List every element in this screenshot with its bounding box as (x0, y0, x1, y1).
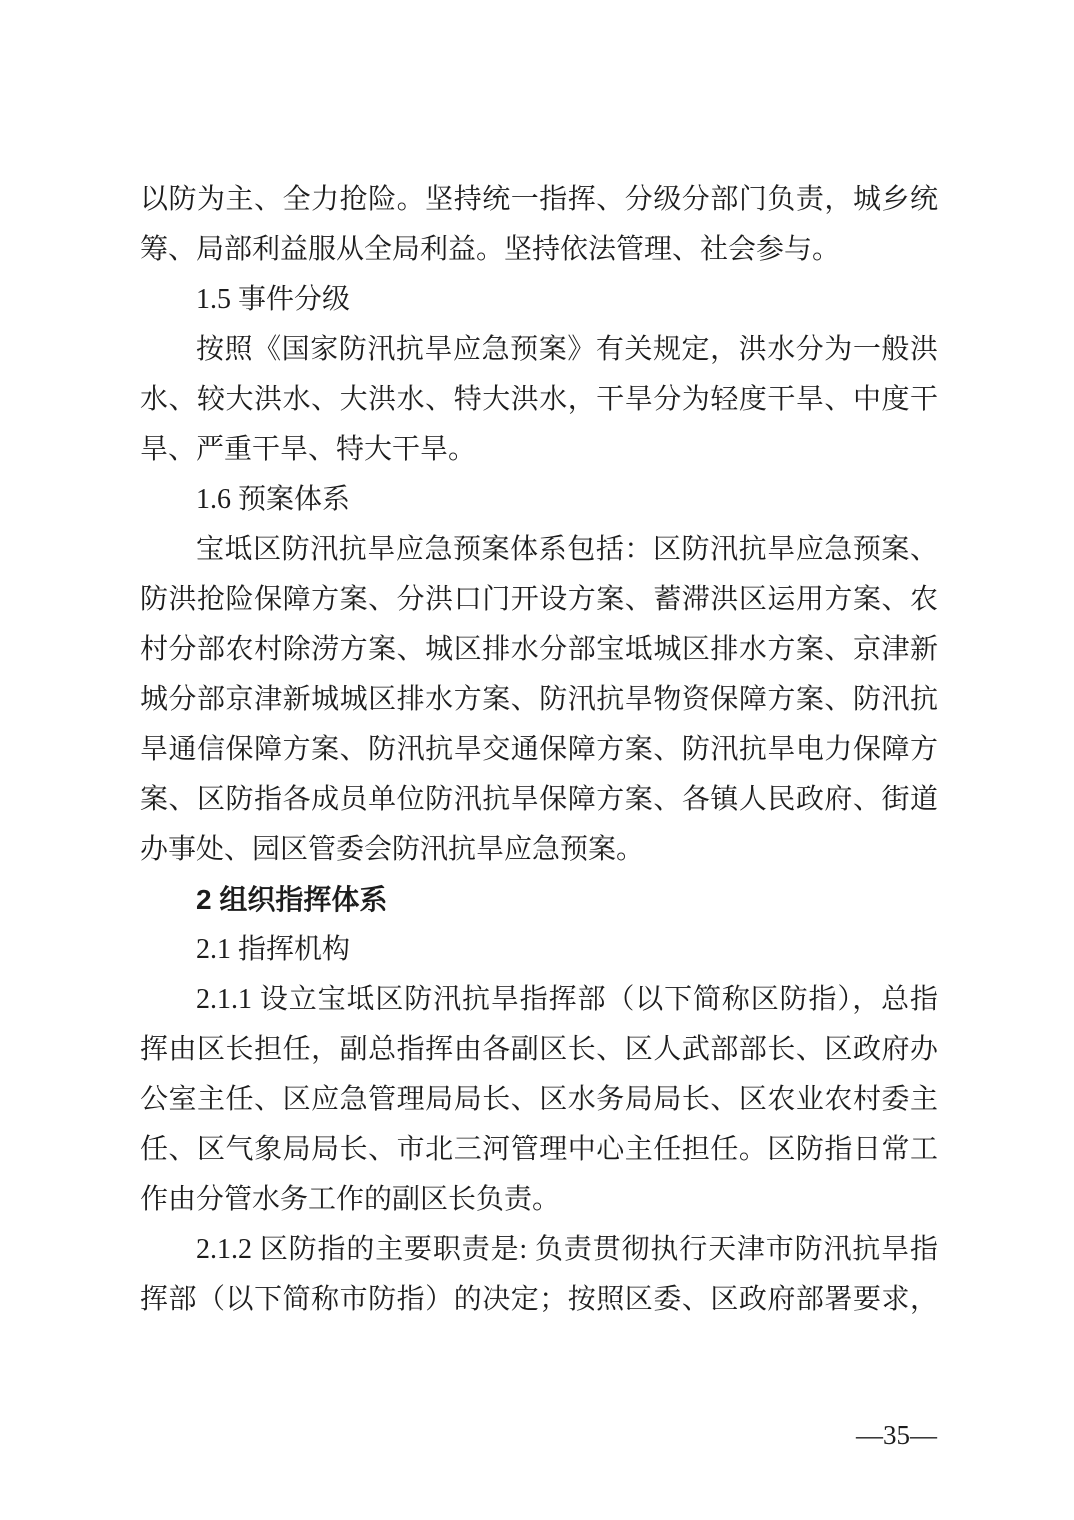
paragraph-line: 挥部（以下简称市防指）的决定；按照区委、区政府部署要求， (140, 1275, 938, 1325)
paragraph-line: 2.1.1 设立宝坻区防汛抗旱指挥部（以下简称区防指），总指 (140, 975, 938, 1025)
paragraph-line: 筹、局部利益服从全局利益。坚持依法管理、社会参与。 (140, 225, 938, 275)
paragraph-line: 以防为主、全力抢险。坚持统一指挥、分级分部门负责，城乡统 (140, 175, 938, 225)
paragraph-line: 宝坻区防汛抗旱应急预案体系包括：区防汛抗旱应急预案、 (140, 525, 938, 575)
paragraph-line: 任、区气象局局长、市北三河管理中心主任担任。区防指日常工 (140, 1125, 938, 1175)
paragraph-line: 案、区防指各成员单位防汛抗旱保障方案、各镇人民政府、街道 (140, 775, 938, 825)
paragraph-line: 旱通信保障方案、防汛抗旱交通保障方案、防汛抗旱电力保障方 (140, 725, 938, 775)
paragraph-line: 挥由区长担任，副总指挥由各副区长、区人武部部长、区政府办 (140, 1025, 938, 1075)
paragraph-line: 按照《国家防汛抗旱应急预案》有关规定，洪水分为一般洪 (140, 325, 938, 375)
paragraph-line: 水、较大洪水、大洪水、特大洪水，干旱分为轻度干旱、中度干 (140, 375, 938, 425)
document-page: 以防为主、全力抢险。坚持统一指挥、分级分部门负责，城乡统 筹、局部利益服从全局利… (0, 0, 1074, 1520)
heading-2: 2 组织指挥体系 (140, 875, 938, 925)
heading-1-6: 1.6 预案体系 (140, 475, 938, 525)
page-number: —35— (856, 1412, 937, 1458)
heading-1-5: 1.5 事件分级 (140, 275, 938, 325)
paragraph-line: 办事处、园区管委会防汛抗旱应急预案。 (140, 825, 938, 875)
paragraph-line: 城分部京津新城城区排水方案、防汛抗旱物资保障方案、防汛抗 (140, 675, 938, 725)
paragraph-line: 村分部农村除涝方案、城区排水分部宝坻城区排水方案、京津新 (140, 625, 938, 675)
paragraph-line: 公室主任、区应急管理局局长、区水务局局长、区农业农村委主 (140, 1075, 938, 1125)
heading-2-1: 2.1 指挥机构 (140, 925, 938, 975)
paragraph-line: 旱、严重干旱、特大干旱。 (140, 425, 938, 475)
paragraph-line: 2.1.2 区防指的主要职责是: 负责贯彻执行天津市防汛抗旱指 (140, 1225, 938, 1275)
text-block: 以防为主、全力抢险。坚持统一指挥、分级分部门负责，城乡统 筹、局部利益服从全局利… (140, 175, 938, 1325)
paragraph-line: 作由分管水务工作的副区长负责。 (140, 1175, 938, 1225)
paragraph-line: 防洪抢险保障方案、分洪口门开设方案、蓄滞洪区运用方案、农 (140, 575, 938, 625)
